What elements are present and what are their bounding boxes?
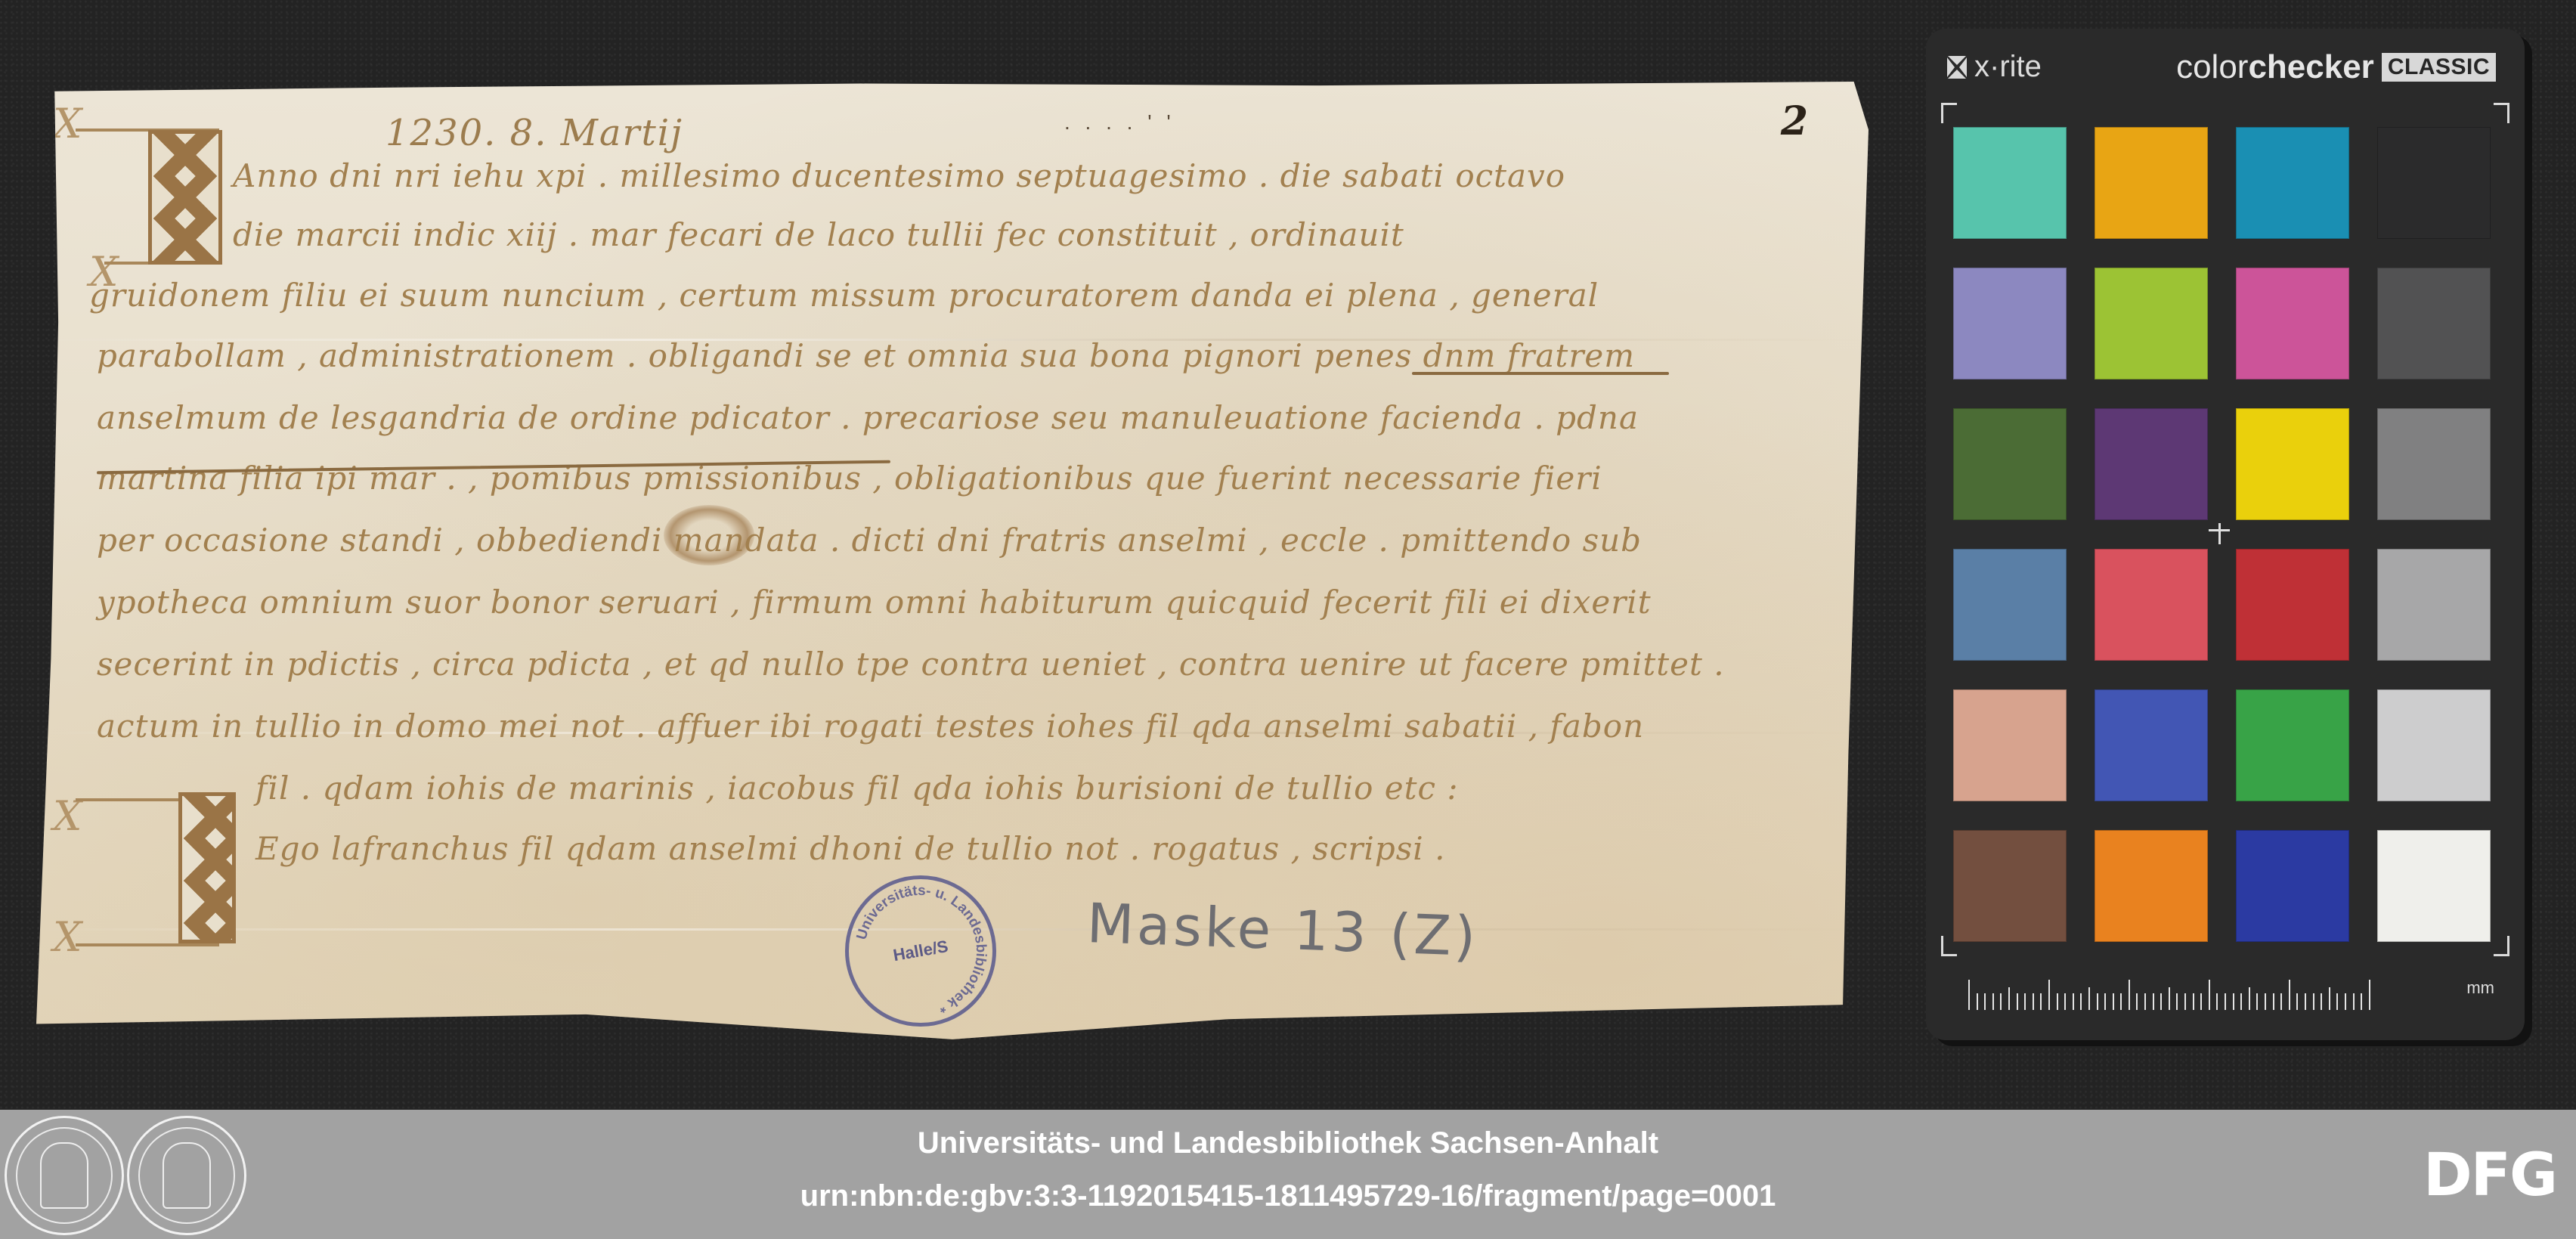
text-line: die marcii indic xiij . mar fecari de la… <box>233 216 1838 253</box>
color-patch-yellow-green <box>2095 268 2208 379</box>
color-patch-dark-skin <box>1953 830 2067 942</box>
parchment-charter: 1230. 8. Martij . . . . ' ' 2 X X X X An… <box>36 82 1869 1043</box>
ruler-unit: mm <box>2466 978 2494 998</box>
colorchecker-title: color checker CLASSIC <box>2176 48 2496 86</box>
color-patch-orange <box>2095 830 2208 942</box>
ruler-tick <box>1977 993 1978 1010</box>
decorated-initial-e <box>178 792 236 943</box>
xrite-logo: x·rite <box>1946 50 2042 84</box>
ruler-tick <box>2000 993 2002 1010</box>
color-patch-blue <box>2236 830 2349 942</box>
text-line: per occasione standi , obbediendi mandat… <box>97 522 1838 559</box>
dfg-logo: DFG <box>2423 1141 2556 1210</box>
color-patch-blue-sky <box>1953 549 2067 661</box>
ruler-tick <box>2129 980 2130 1010</box>
color-patch-foliage <box>1953 408 2067 520</box>
ruler-tick <box>2176 993 2178 1010</box>
archival-date-note: 1230. 8. Martij <box>385 112 683 154</box>
text-line: Anno dni nri iehu xpi . millesimo ducent… <box>233 157 1838 194</box>
classic-badge: CLASSIC <box>2382 53 2496 82</box>
ruler-tick <box>2120 993 2122 1010</box>
decorated-initial-a <box>148 130 222 265</box>
ruler-tick <box>2336 993 2338 1010</box>
ruler-tick <box>2033 993 2034 1010</box>
ruler-tick <box>2256 993 2258 1010</box>
text-line: ypotheca omnium suor bonor seruari , fir… <box>97 584 1838 621</box>
text-line: secerint in pdictis , circa pdicta , et … <box>97 646 1838 683</box>
color-patch-red <box>2236 549 2349 661</box>
faint-marks: . . . . ' ' <box>1064 110 1175 135</box>
ruler-tick <box>2265 993 2266 1010</box>
registration-corner-icon <box>1941 103 1957 123</box>
color-patch-white <box>2377 830 2491 942</box>
underline-mark <box>1412 372 1669 375</box>
ruler-tick <box>2113 993 2114 1010</box>
ruler-tick <box>2321 993 2322 1010</box>
ruler-tick <box>2040 993 2042 1010</box>
folio-number: 2 <box>1781 98 1808 144</box>
color-patch-neutral-6-5 <box>2377 549 2491 661</box>
ruler-tick <box>2136 993 2138 1010</box>
ruler-tick <box>2017 993 2018 1010</box>
scan-background: 1230. 8. Martij . . . . ' ' 2 X X X X An… <box>0 0 2576 1110</box>
ruler-tick <box>2296 993 2298 1010</box>
library-ownership-stamp: Universitäts- u. Landesbibliothek * Hall… <box>845 875 996 1027</box>
crosshair-icon <box>2209 523 2230 544</box>
color-patch-neutral-5 <box>2377 408 2491 520</box>
ruler-tick <box>2240 993 2242 1010</box>
ruler-tick <box>2024 993 2026 1010</box>
margin-cross-mark: X <box>53 100 82 147</box>
ruler-tick <box>2209 980 2210 1010</box>
ruler-tick <box>2064 993 2066 1010</box>
color-patch-neutral-8 <box>2377 689 2491 801</box>
title-bold: checker <box>2248 48 2373 86</box>
ruler-tick <box>2216 993 2218 1010</box>
ruler-tick <box>2361 993 2362 1010</box>
color-patch-green <box>2236 689 2349 801</box>
initial-rule <box>76 943 219 946</box>
registration-corner-icon <box>2494 103 2509 123</box>
color-patch-neutral-3-5 <box>2377 268 2491 379</box>
ruler-tick <box>2353 993 2355 1010</box>
ruler-tick <box>1968 980 1970 1010</box>
xrite-brand-text: x·rite <box>1974 50 2042 84</box>
urn-identifier[interactable]: urn:nbn:de:gbv:3:3-1192015415-1811495729… <box>0 1179 2576 1213</box>
color-patch-moderate-red <box>2095 549 2208 661</box>
ruler-tick <box>2144 993 2146 1010</box>
ruler-tick <box>2104 993 2106 1010</box>
ruler-tick <box>2153 993 2154 1010</box>
text-line: martina filia ipi mar . , pomibus pmissi… <box>97 460 1838 497</box>
text-line: gruidonem filiu ei suum nuncium , certum… <box>89 277 1838 314</box>
ruler-tick <box>2057 993 2058 1010</box>
ruler-tick <box>2169 987 2170 1010</box>
ruler-tick <box>2200 993 2202 1010</box>
colorchecker-card: x·rite color checker CLASSIC mm <box>1926 29 2525 1040</box>
text-line: actum in tullio in domo mei not . affuer… <box>97 708 1838 745</box>
color-patch-yellow <box>2236 408 2349 520</box>
pencil-shelfmark: Maske 13 (Z) <box>1086 891 1480 968</box>
ruler-tick <box>2233 993 2234 1010</box>
ruler-tick <box>2048 980 2050 1010</box>
ruler-tick <box>2184 993 2186 1010</box>
mm-ruler <box>1968 977 2437 1010</box>
color-patch-magenta <box>2236 268 2349 379</box>
institution-name: Universitäts- und Landesbibliothek Sachs… <box>0 1126 2576 1160</box>
ruler-tick <box>2088 987 2090 1010</box>
color-patch-black <box>2377 127 2491 239</box>
ruler-tick <box>2273 993 2274 1010</box>
ruler-tick <box>2225 993 2226 1010</box>
ruler-tick <box>2249 987 2250 1010</box>
ruler-tick <box>2313 993 2314 1010</box>
text-line: parabollam , administrationem . obligand… <box>97 337 1838 374</box>
ruler-tick <box>2097 993 2098 1010</box>
color-patch-bluish-green <box>1953 127 2067 239</box>
ruler-tick <box>2345 993 2346 1010</box>
color-patch-cyan <box>2236 127 2349 239</box>
ruler-tick <box>2080 993 2082 1010</box>
ruler-tick <box>2280 993 2282 1010</box>
ruler-tick <box>2289 980 2290 1010</box>
title-light: color <box>2176 48 2248 86</box>
ruler-tick <box>1984 993 1986 1010</box>
xrite-mark-icon <box>1946 54 1968 81</box>
ruler-tick <box>2329 987 2330 1010</box>
ruler-tick <box>2160 993 2162 1010</box>
ruler-tick <box>2305 993 2306 1010</box>
text-line: fil . qdam iohis de marinis , iacobus fi… <box>255 770 1838 807</box>
color-patch-orange-yellow <box>2095 127 2208 239</box>
text-line: Ego lafranchus fil qdam anselmi dhoni de… <box>255 830 1838 867</box>
color-patch-light-skin <box>1953 689 2067 801</box>
ruler-tick <box>2193 993 2194 1010</box>
ruler-tick <box>1992 993 1994 1010</box>
color-patch-purplish-blue <box>2095 689 2208 801</box>
text-line: anselmum de lesgandria de ordine pdicato… <box>97 399 1838 436</box>
color-patch-purple <box>2095 408 2208 520</box>
ruler-tick <box>2008 987 2010 1010</box>
margin-cross-mark: X <box>53 913 82 961</box>
color-patch-blue-flower <box>1953 268 2067 379</box>
ruler-tick <box>2369 980 2370 1010</box>
ruler-tick <box>2073 993 2074 1010</box>
library-footer: Universitäts- und Landesbibliothek Sachs… <box>0 1110 2576 1239</box>
